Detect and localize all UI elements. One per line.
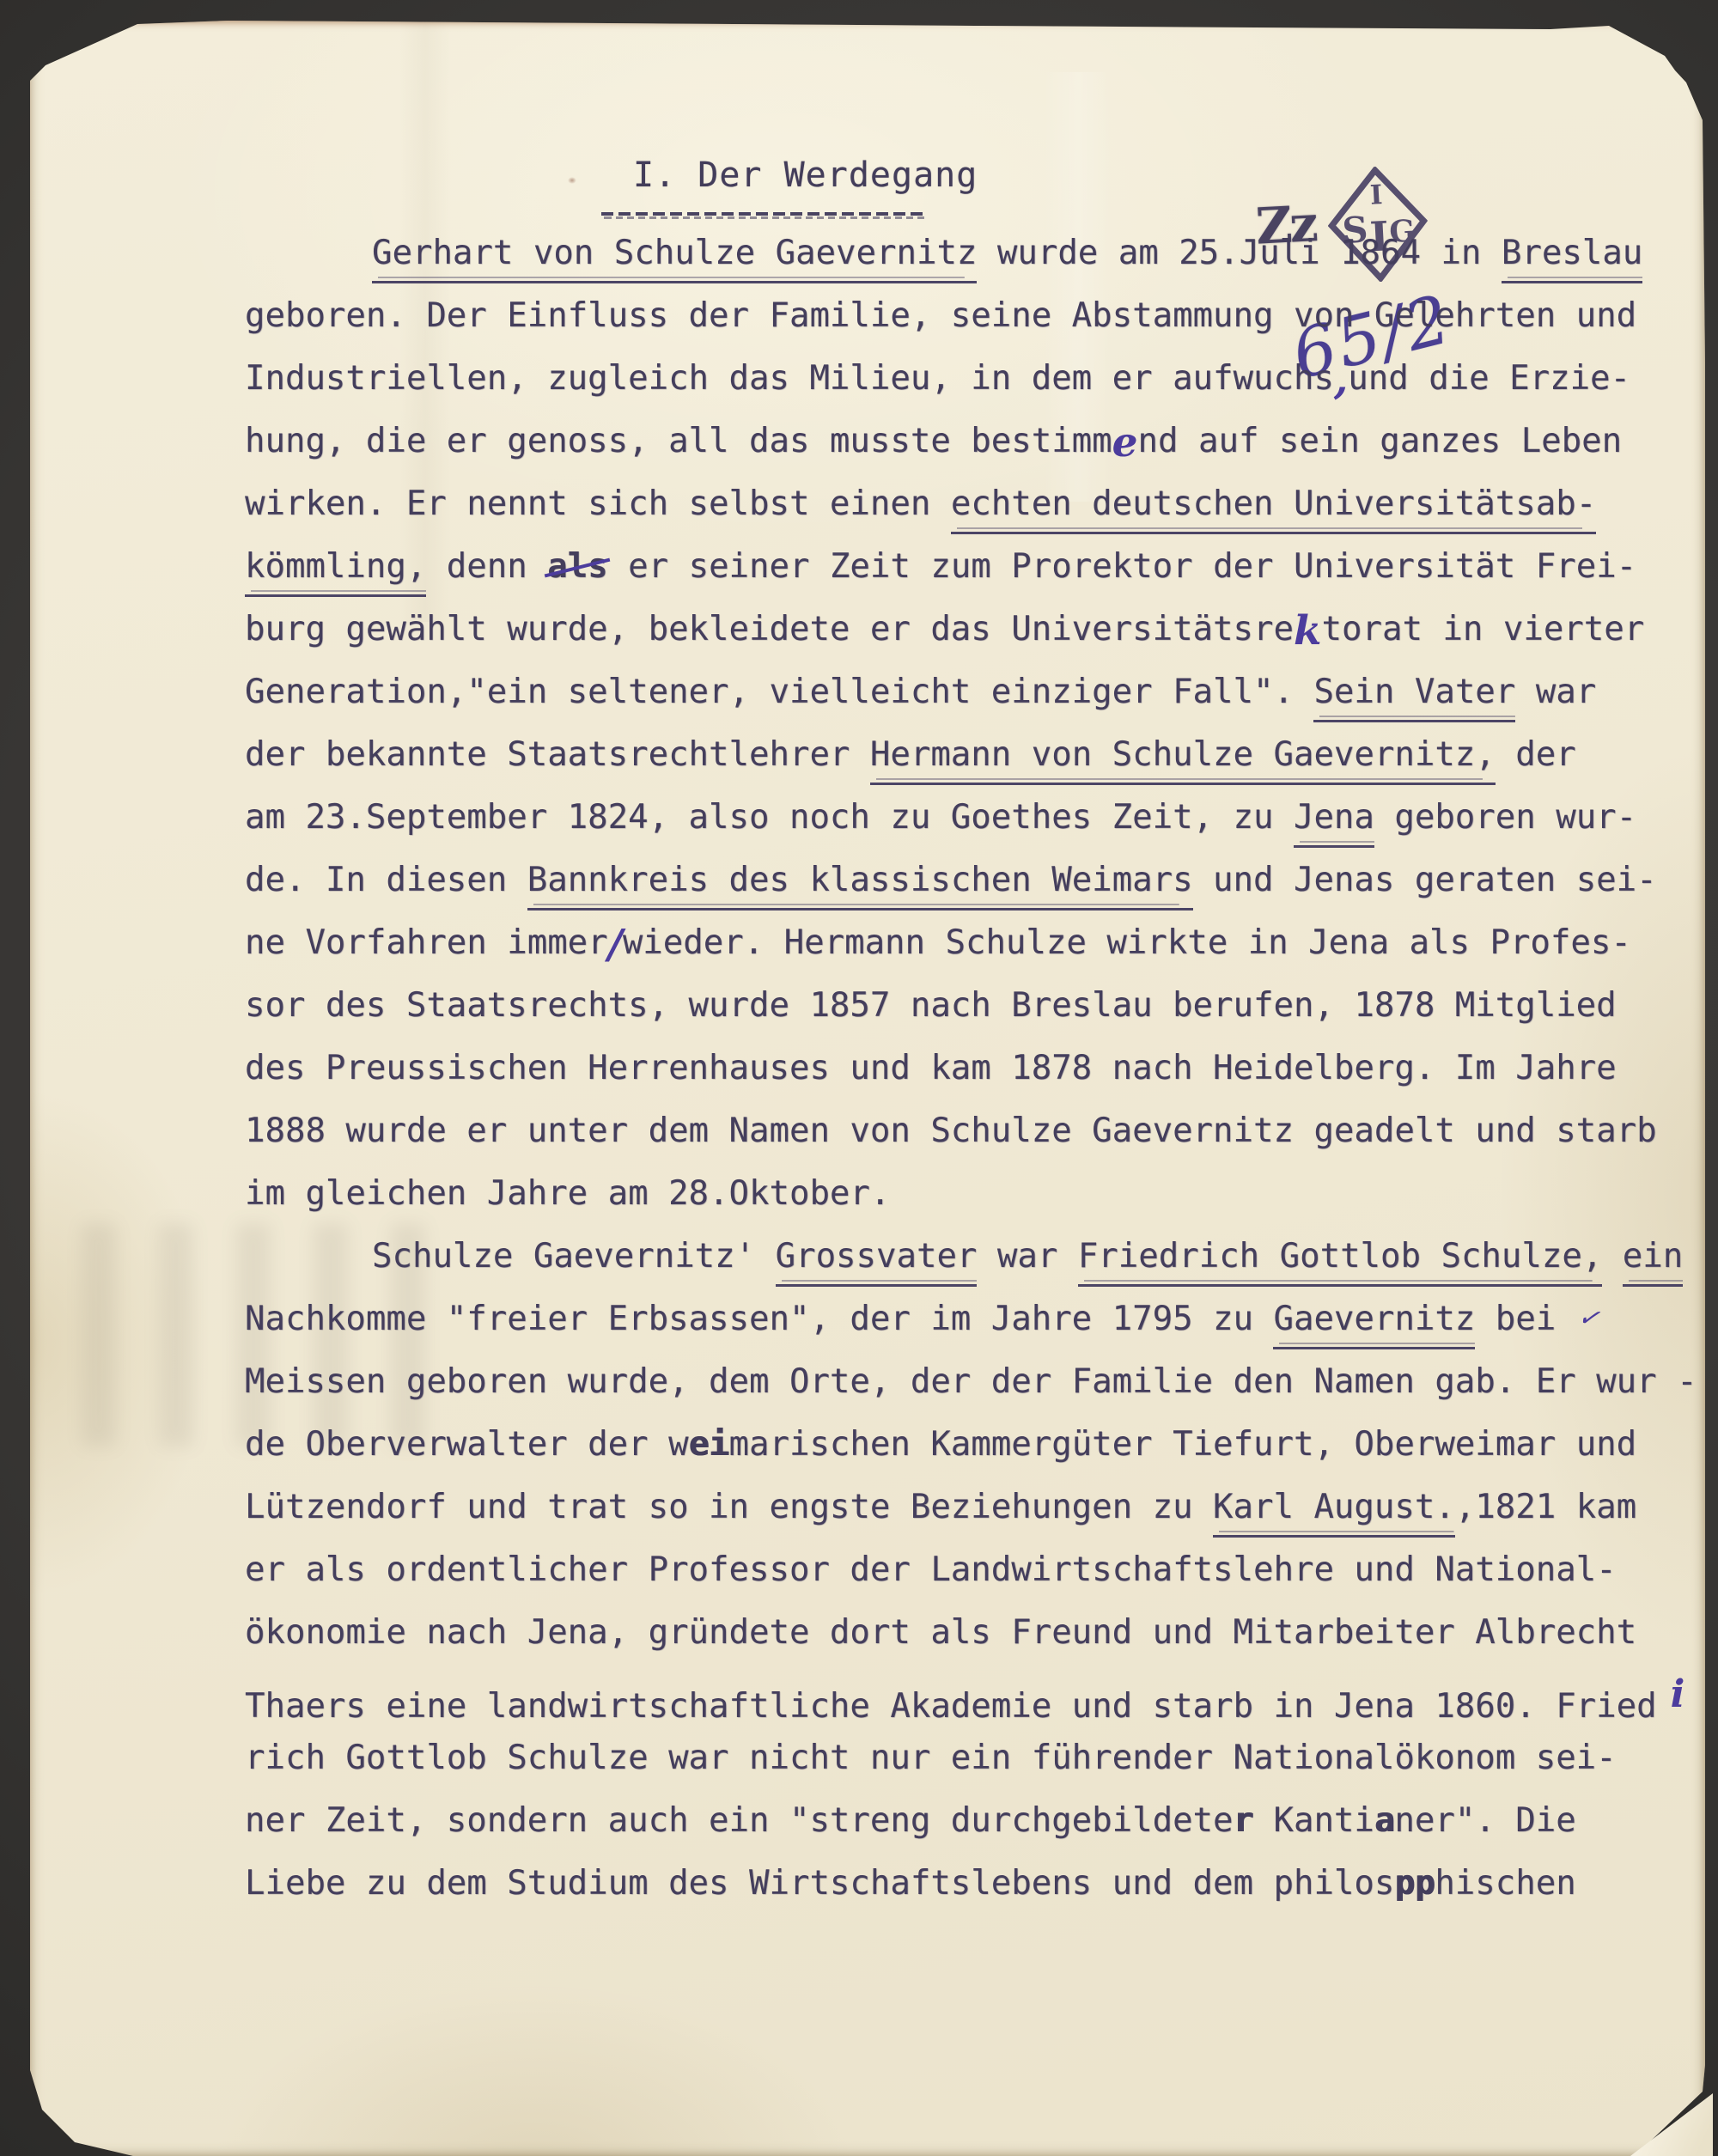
text-line: am 23.September 1824, also noch zu Goeth…	[245, 798, 1697, 861]
text-line: Gerhart von Schulze Gaevernitz wurde am …	[245, 234, 1697, 296]
text-line: ökonomie nach Jena, gründete dort als Fr…	[245, 1613, 1697, 1676]
text-segment-underline: Grossvater	[776, 1237, 978, 1287]
text-line: de Oberverwalter der weimarischen Kammer…	[245, 1425, 1697, 1488]
text-segment: de Oberverwalter der w	[245, 1425, 689, 1464]
text-segment: er seiner Zeit zum Prorektor der Univers…	[608, 547, 1636, 586]
text-segment: ne Vorfahren immer	[245, 923, 608, 962]
text-segment-handwritten: ✓	[1576, 1304, 1602, 1333]
text-segment-underline: Jena	[1294, 798, 1374, 848]
text-line: Nachkomme "freier Erbsassen", der im Jah…	[245, 1300, 1697, 1362]
text-line: er als ordentlicher Professor der Landwi…	[245, 1550, 1697, 1613]
text-line: Liebe zu dem Studium des Wirtschaftslebe…	[245, 1864, 1697, 1927]
text-segment: geboren wur-	[1374, 798, 1636, 837]
text-segment: ner". Die	[1394, 1801, 1575, 1840]
text-segment: war	[977, 1237, 1077, 1276]
text-segment-struck: als	[547, 547, 607, 586]
text-line: der bekannte Staatsrechtlehrer Hermann v…	[245, 735, 1697, 798]
text-segment-underline: echten deutschen Universitätsab-	[951, 484, 1596, 534]
text-segment: de. In diesen	[245, 861, 527, 899]
text-line: rich Gottlob Schulze war nicht nur ein f…	[245, 1739, 1697, 1801]
text-segment: am 23.September 1824, also noch zu Goeth…	[245, 798, 1294, 837]
text-line: sor des Staatsrechts, wurde 1857 nach Br…	[245, 986, 1697, 1049]
text-line: Lützendorf und trat so in engste Beziehu…	[245, 1488, 1697, 1550]
text-segment: -	[1657, 1362, 1697, 1401]
text-segment-underline: Breslau	[1502, 234, 1642, 283]
text-line: Generation,"ein seltener, vielleicht ein…	[245, 673, 1697, 735]
text-segment: Industriellen, zugleich das Milieu, in d…	[245, 359, 1334, 398]
text-segment-underline: kömmling,	[245, 547, 426, 597]
text-segment: Nachkomme "freier Erbsassen", der im Jah…	[245, 1300, 1273, 1338]
text-segment: ,1821 kam	[1455, 1488, 1636, 1526]
text-segment: hischen	[1435, 1864, 1575, 1903]
text-segment: Generation,"ein seltener, vielleicht ein…	[245, 673, 1313, 711]
text-segment: sor des Staatsrechts, wurde 1857 nach Br…	[245, 986, 1617, 1025]
text-segment-overstrike: r	[1234, 1801, 1253, 1840]
text-line: 1888 wurde er unter dem Namen von Schulz…	[245, 1111, 1697, 1174]
text-line: geboren. Der Einfluss der Familie, seine…	[245, 296, 1697, 359]
text-segment: ner Zeit, sondern auch ein "streng durch…	[245, 1801, 1234, 1840]
text-segment: der	[1496, 735, 1576, 774]
text-segment: wieder. Hermann Schulze wirkte in Jena a…	[623, 923, 1631, 962]
text-segment-overstrike: a	[1374, 1801, 1394, 1840]
text-line: im gleichen Jahre am 28.Oktober.	[245, 1174, 1697, 1237]
text-segment: war	[1515, 673, 1596, 711]
text-segment-underline: Friedrich Gottlob Schulze,	[1078, 1237, 1602, 1287]
text-segment-underline: Bannkreis des klassischen Weimars	[527, 861, 1193, 911]
text-segment-underline: ein	[1623, 1237, 1683, 1287]
stamp-letter-top: I	[1369, 180, 1383, 211]
text-segment: bei	[1475, 1300, 1556, 1338]
text-segment: rich Gottlob Schulze war nicht nur ein f…	[245, 1739, 1617, 1777]
text-segment-handwritten: /	[608, 921, 623, 968]
text-segment: 1888 wurde er unter dem Namen von Schulz…	[245, 1111, 1657, 1150]
text-segment: des Preussischen Herrenhauses und kam 18…	[245, 1049, 1617, 1087]
text-segment-underline: Gerhart von Schulze Gaevernitz	[372, 234, 977, 283]
text-line: Industriellen, zugleich das Milieu, in d…	[245, 359, 1697, 422]
text-segment-handwritten: e	[1112, 419, 1138, 466]
heading-underline	[601, 212, 926, 219]
text-segment-handwritten: ,	[1334, 356, 1348, 404]
text-segment: Liebe zu dem Studium des Wirtschaftslebe…	[245, 1864, 1394, 1903]
text-segment: geboren. Der Einfluss der Familie, seine…	[245, 296, 1636, 335]
text-line: Schulze Gaevernitz' Grossvater war Fried…	[245, 1237, 1697, 1300]
text-segment-overstrike: ei	[689, 1425, 729, 1464]
text-line: kömmling, denn als er seiner Zeit zum Pr…	[245, 547, 1697, 610]
text-segment: Thaers eine landwirtschaftliche Akademie…	[245, 1687, 1657, 1726]
text-segment: er als ordentlicher Professor der Landwi…	[245, 1550, 1617, 1589]
text-line: hung, die er genoss, all das musste best…	[245, 422, 1697, 484]
text-segment: und Jenas geraten sei-	[1193, 861, 1657, 899]
text-segment: ökonomie nach Jena, gründete dort als Fr…	[245, 1613, 1636, 1652]
text-segment: burg gewählt wurde, bekleidete er das Un…	[245, 610, 1294, 649]
text-line: wirken. Er nennt sich selbst einen echte…	[245, 484, 1697, 547]
text-segment: der bekannte Staatsrechtlehrer	[245, 735, 870, 774]
document-body: Gerhart von Schulze Gaevernitz wurde am …	[245, 234, 1697, 1927]
text-segment: und die Erzie-	[1348, 359, 1630, 398]
text-segment: denn	[426, 547, 547, 586]
text-segment-underline: Hermann von Schulze Gaevernitz,	[870, 735, 1496, 785]
text-segment-underline: Gaevernitz	[1273, 1300, 1475, 1349]
text-line: burg gewählt wurde, bekleidete er das Un…	[245, 610, 1697, 673]
text-segment: Kanti	[1253, 1801, 1374, 1840]
text-segment: nd auf sein ganzes Leben	[1138, 422, 1623, 460]
text-segment: hung, die er genoss, all das musste best…	[245, 422, 1112, 460]
document-photo: I. Der Werdegang Zz I S I G 65/2 Gerhart…	[0, 0, 1718, 2156]
text-segment: Schulze Gaevernitz'	[372, 1237, 776, 1276]
text-segment-handwritten: i	[1671, 1672, 1685, 1716]
text-segment-underline: Karl August.	[1213, 1488, 1455, 1538]
text-line: Thaers eine landwirtschaftliche Akademie…	[245, 1676, 1697, 1739]
text-line: ner Zeit, sondern auch ein "streng durch…	[245, 1801, 1697, 1864]
text-segment: Meissen geboren wurde, dem Orte, der der…	[245, 1362, 1657, 1401]
text-segment: wurde am 25.Juli 1864 in	[977, 234, 1501, 272]
text-segment: Lützendorf und trat so in engste Beziehu…	[245, 1488, 1213, 1526]
text-segment: marischen Kammergüter Tiefurt, Oberweima…	[729, 1425, 1637, 1464]
text-segment: im gleichen Jahre am 28.Oktober.	[245, 1174, 890, 1213]
text-line: ne Vorfahren immer/wieder. Hermann Schul…	[245, 923, 1697, 986]
text-line: des Preussischen Herrenhauses und kam 18…	[245, 1049, 1697, 1111]
text-segment-underline: Sein Vater	[1313, 673, 1515, 722]
text-segment-overstrike: pp	[1394, 1864, 1435, 1903]
text-line: Meissen geboren wurde, dem Orte, der der…	[245, 1362, 1697, 1425]
section-heading: I. Der Werdegang	[633, 155, 978, 195]
page-content: I. Der Werdegang Zz I S I G 65/2 Gerhart…	[0, 0, 1718, 2156]
text-segment	[1602, 1237, 1622, 1276]
text-line: de. In diesen Bannkreis des klassischen …	[245, 861, 1697, 923]
text-segment-handwritten: k	[1294, 607, 1322, 655]
text-segment: wirken. Er nennt sich selbst einen	[245, 484, 951, 523]
text-segment: torat in vierter	[1322, 610, 1645, 649]
